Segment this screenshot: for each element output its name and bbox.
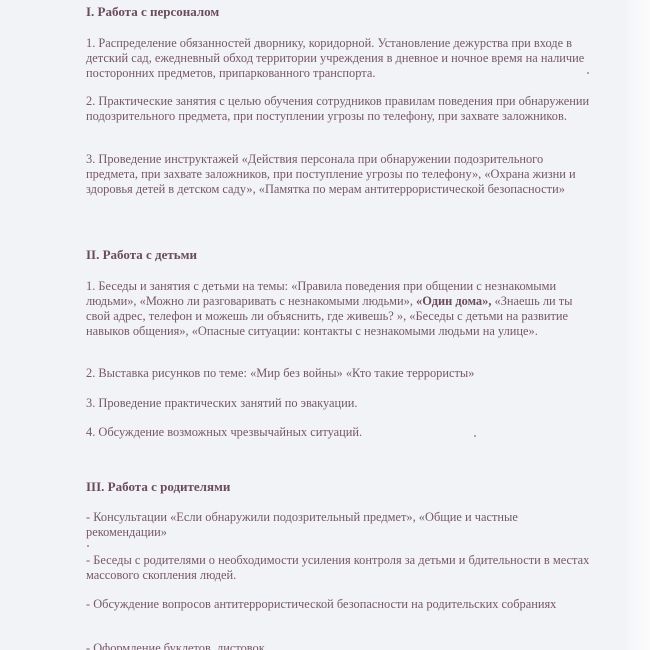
staff-item-3: 3. Проведение инструктажей «Действия пер… (86, 152, 591, 197)
section-title-children: II. Работа с детьми (86, 247, 197, 262)
scan-edge (628, 0, 650, 650)
scan-speck (587, 72, 589, 74)
children-item-1: 1. Беседы и занятия с детьми на темы: «П… (86, 279, 591, 339)
parents-item-4: - Оформление буклетов, листовок (86, 641, 591, 650)
parents-item-2: - Беседы с родителями о необходимости ус… (86, 553, 591, 583)
section-title-staff: I. Работа с персоналом (86, 4, 219, 19)
parents-item-1: - Консультации «Если обнаружили подозрит… (86, 510, 591, 540)
staff-item-1: 1. Распределение обязанностей дворнику, … (86, 36, 591, 81)
children-item-3: 3. Проведение практических занятий по эв… (86, 396, 591, 411)
children-item-4: 4. Обсуждение возможных чрезвычайных сит… (86, 425, 591, 440)
scan-speck (87, 545, 89, 547)
section-title-parents: III. Работа с родителями (86, 479, 230, 494)
scan-speck (474, 435, 476, 437)
staff-item-2: 2. Практические занятия с целью обучения… (86, 94, 591, 124)
parents-item-3: - Обсуждение вопросов антитеррористическ… (86, 597, 591, 612)
children-item-1-bold: «Один дома», (416, 294, 494, 308)
children-item-2: 2. Выставка рисунков по теме: «Мир без в… (86, 366, 591, 381)
